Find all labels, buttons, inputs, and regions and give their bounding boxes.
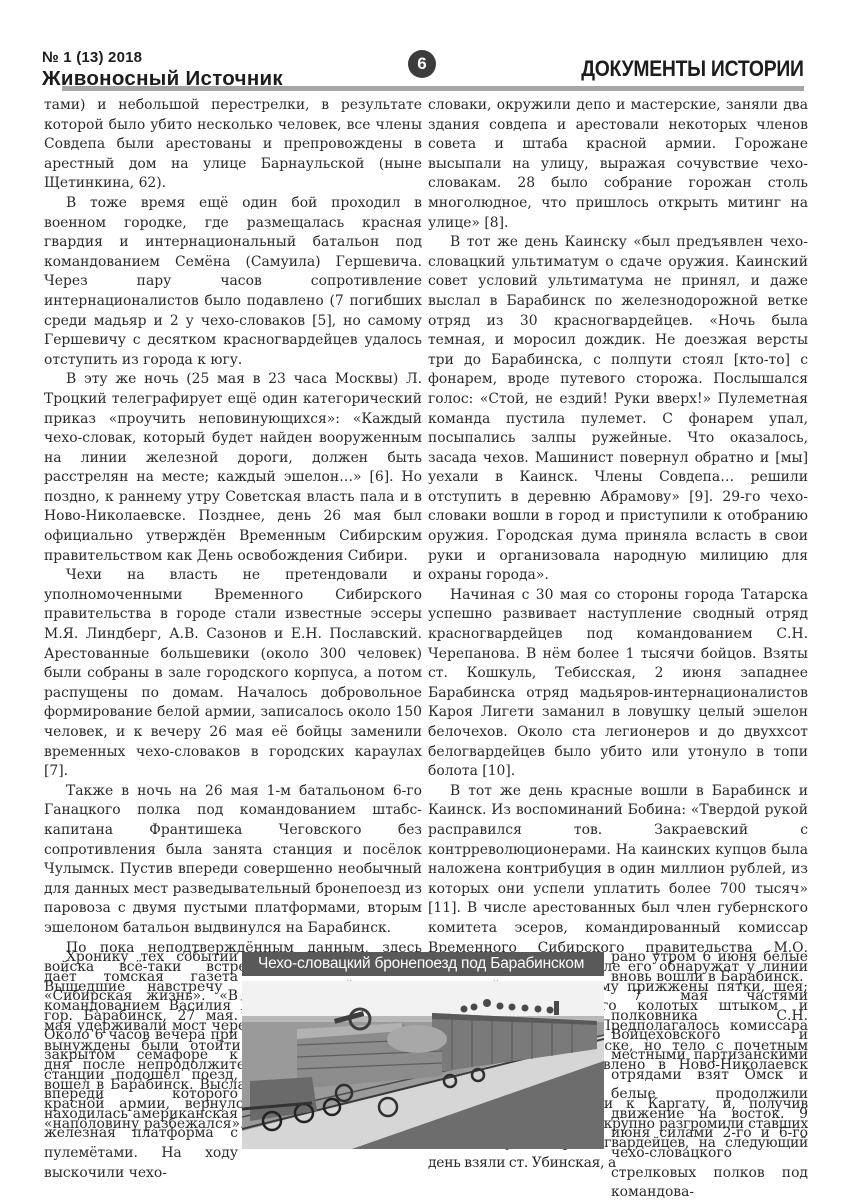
paragraph: тами) и небольшой перестрелки, в результ… bbox=[44, 96, 422, 194]
right-wrap-text: рано утром 6 июня белые вновь вошли в Ба… bbox=[611, 948, 808, 1200]
figure: Чехо-словацкий бронепоезд под Барабинско… bbox=[242, 952, 604, 1150]
page-number-badge: 6 bbox=[408, 50, 436, 78]
header-rule bbox=[62, 86, 804, 91]
paragraph: В эту же ночь (25 мая в 23 часа Москвы) … bbox=[44, 370, 422, 566]
paragraph: Также в ночь на 26 мая 1-м батальоном 6-… bbox=[44, 782, 422, 939]
paragraph: В тот же день Каинску «был предъявлен че… bbox=[428, 233, 808, 586]
section-title: ДОКУМЕНТЫ ИСТОРИИ bbox=[582, 56, 804, 82]
armored-train-photo bbox=[242, 981, 604, 1149]
paragraph: рано утром 6 июня белые вновь вошли в Ба… bbox=[611, 948, 808, 987]
paragraph: В тоже время ещё один бой проходил в вое… bbox=[44, 194, 422, 370]
train-illustration-icon bbox=[242, 981, 604, 1149]
paragraph: словаки, окружили депо и мастерские, зан… bbox=[428, 96, 808, 233]
paragraph: Начиная с 30 мая со стороны города Татар… bbox=[428, 586, 808, 782]
figure-caption: Чехо-словацкий бронепоезд под Барабинско… bbox=[242, 952, 604, 976]
page-header: № 1 (13) 2018 Живоносный Источник 6 ДОКУ… bbox=[0, 0, 848, 96]
issue-number: № 1 (13) 2018 bbox=[42, 49, 142, 66]
paragraph: Хронику тех событий даёт томская газета … bbox=[44, 948, 238, 1183]
paragraph: 7 мая частями полковника С.Н. Войцеховск… bbox=[611, 987, 808, 1200]
paragraph: Чехи на власть не претендовали и уполном… bbox=[44, 566, 422, 782]
left-wrap-text: Хронику тех событий даёт томская газета … bbox=[44, 948, 238, 1183]
